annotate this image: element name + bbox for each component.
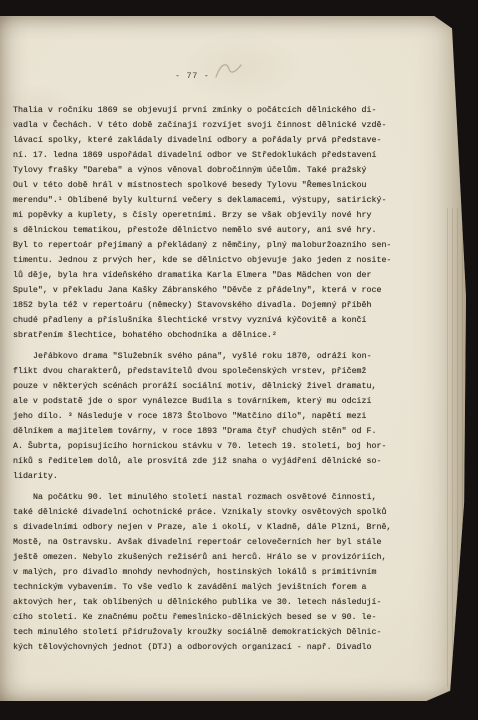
text-line: aktových her, tak oblíbených u dělnickéh…: [13, 595, 417, 610]
text-line: 1852 byla též v repertoáru (německy) Sta…: [13, 298, 417, 313]
text-line: lávací spolky, které zakládaly divadelní…: [13, 133, 417, 148]
text-line: Tylovy frašky "Dareba" a výnos věnoval d…: [13, 163, 417, 178]
text-line: Oul v této době hrál v místnostech spolk…: [13, 178, 417, 193]
page-number: - 77 -: [175, 71, 210, 81]
text-line: Mostě, na Ostravsku. Avšak divadelní rep…: [13, 535, 417, 550]
pencil-mark-icon: [213, 60, 245, 84]
paragraph: Thalia v ročníku 1869 se objevují první …: [13, 103, 417, 343]
text-line: Jeřábkovo drama "Služebník svého pána", …: [13, 349, 417, 364]
text-line: Na počátku 90. let minulého století nast…: [13, 490, 417, 505]
text-line: pouze v některých scénách proráží sociál…: [13, 379, 417, 394]
text-line: vadla v Čechách. V této době začínají ro…: [13, 118, 417, 133]
paragraph: Jeřábkovo drama "Služebník svého pána", …: [13, 349, 417, 484]
text-line: Byl to repertoár přejímaný a překládaný …: [13, 238, 417, 253]
book-page: - 77 - Thalia v ročníku 1869 se objevují…: [0, 16, 466, 701]
text-line: také dělnické divadelní ochotnické práce…: [13, 505, 417, 520]
text-line: dělníkem a majitelem továrny, v roce 189…: [13, 424, 417, 439]
text-line: merendu".¹ Oblíbené byly kulturní večery…: [13, 193, 417, 208]
text-line: ní. 17. ledna 1869 uspořádal divadelní o…: [13, 148, 417, 163]
text-line: kých tělovýchovných jednot (DTJ) a odbor…: [13, 640, 417, 655]
text-line: s divadelními odbory nejen v Praze, ale …: [13, 520, 417, 535]
text-line: Thalia v ročníku 1869 se objevují první …: [13, 103, 417, 118]
text-line: A. Šubrta, popisujícího hornickou stávku…: [13, 439, 417, 454]
text-line: s dělnickou tematikou, přestože dělnictv…: [13, 223, 417, 238]
text-line: sbratřením šlechtice, bohatého obchodník…: [13, 328, 417, 343]
text-line: cího století. Ke značnému počtu řemeslni…: [13, 610, 417, 625]
text-line: technickým vybavením. To vše vedlo k zav…: [13, 580, 417, 595]
page-stack-edge: [446, 208, 463, 688]
text-line: lidarity.: [13, 469, 417, 484]
text-line: níků s ředitelem dolů, ale prosvítá zde …: [13, 454, 417, 469]
text-line: timentu. Jednou z prvých her, kde se děl…: [13, 253, 417, 268]
text-line: ale v podstatě jde o spor vynálezce Budi…: [13, 394, 417, 409]
text-line: Spule", v překladu Jana Kašky Zábranskéh…: [13, 283, 417, 298]
text-block: Thalia v ročníku 1869 se objevují první …: [13, 103, 417, 655]
text-line: chudé přadleny a příslušníka šlechtické …: [13, 313, 417, 328]
text-line: mi popěvky a kuplety, s čísly operetními…: [13, 208, 417, 223]
text-line: ještě omezen. Nebylo zkušených režisérů …: [13, 550, 417, 565]
paragraph: Na počátku 90. let minulého století nast…: [13, 490, 417, 655]
text-line: v malých, pro divadlo mnohdy nevhodných,…: [13, 565, 417, 580]
text-line: lů děje, byla hra vídeňského dramatika K…: [13, 268, 417, 283]
text-line: flikt dvou charakterů, představitelů dvo…: [13, 364, 417, 379]
text-line: tech minulého století přidružovaly krouž…: [13, 625, 417, 640]
text-line: jeho dílo. ³ Následuje v roce 1873 Štolb…: [13, 409, 417, 424]
